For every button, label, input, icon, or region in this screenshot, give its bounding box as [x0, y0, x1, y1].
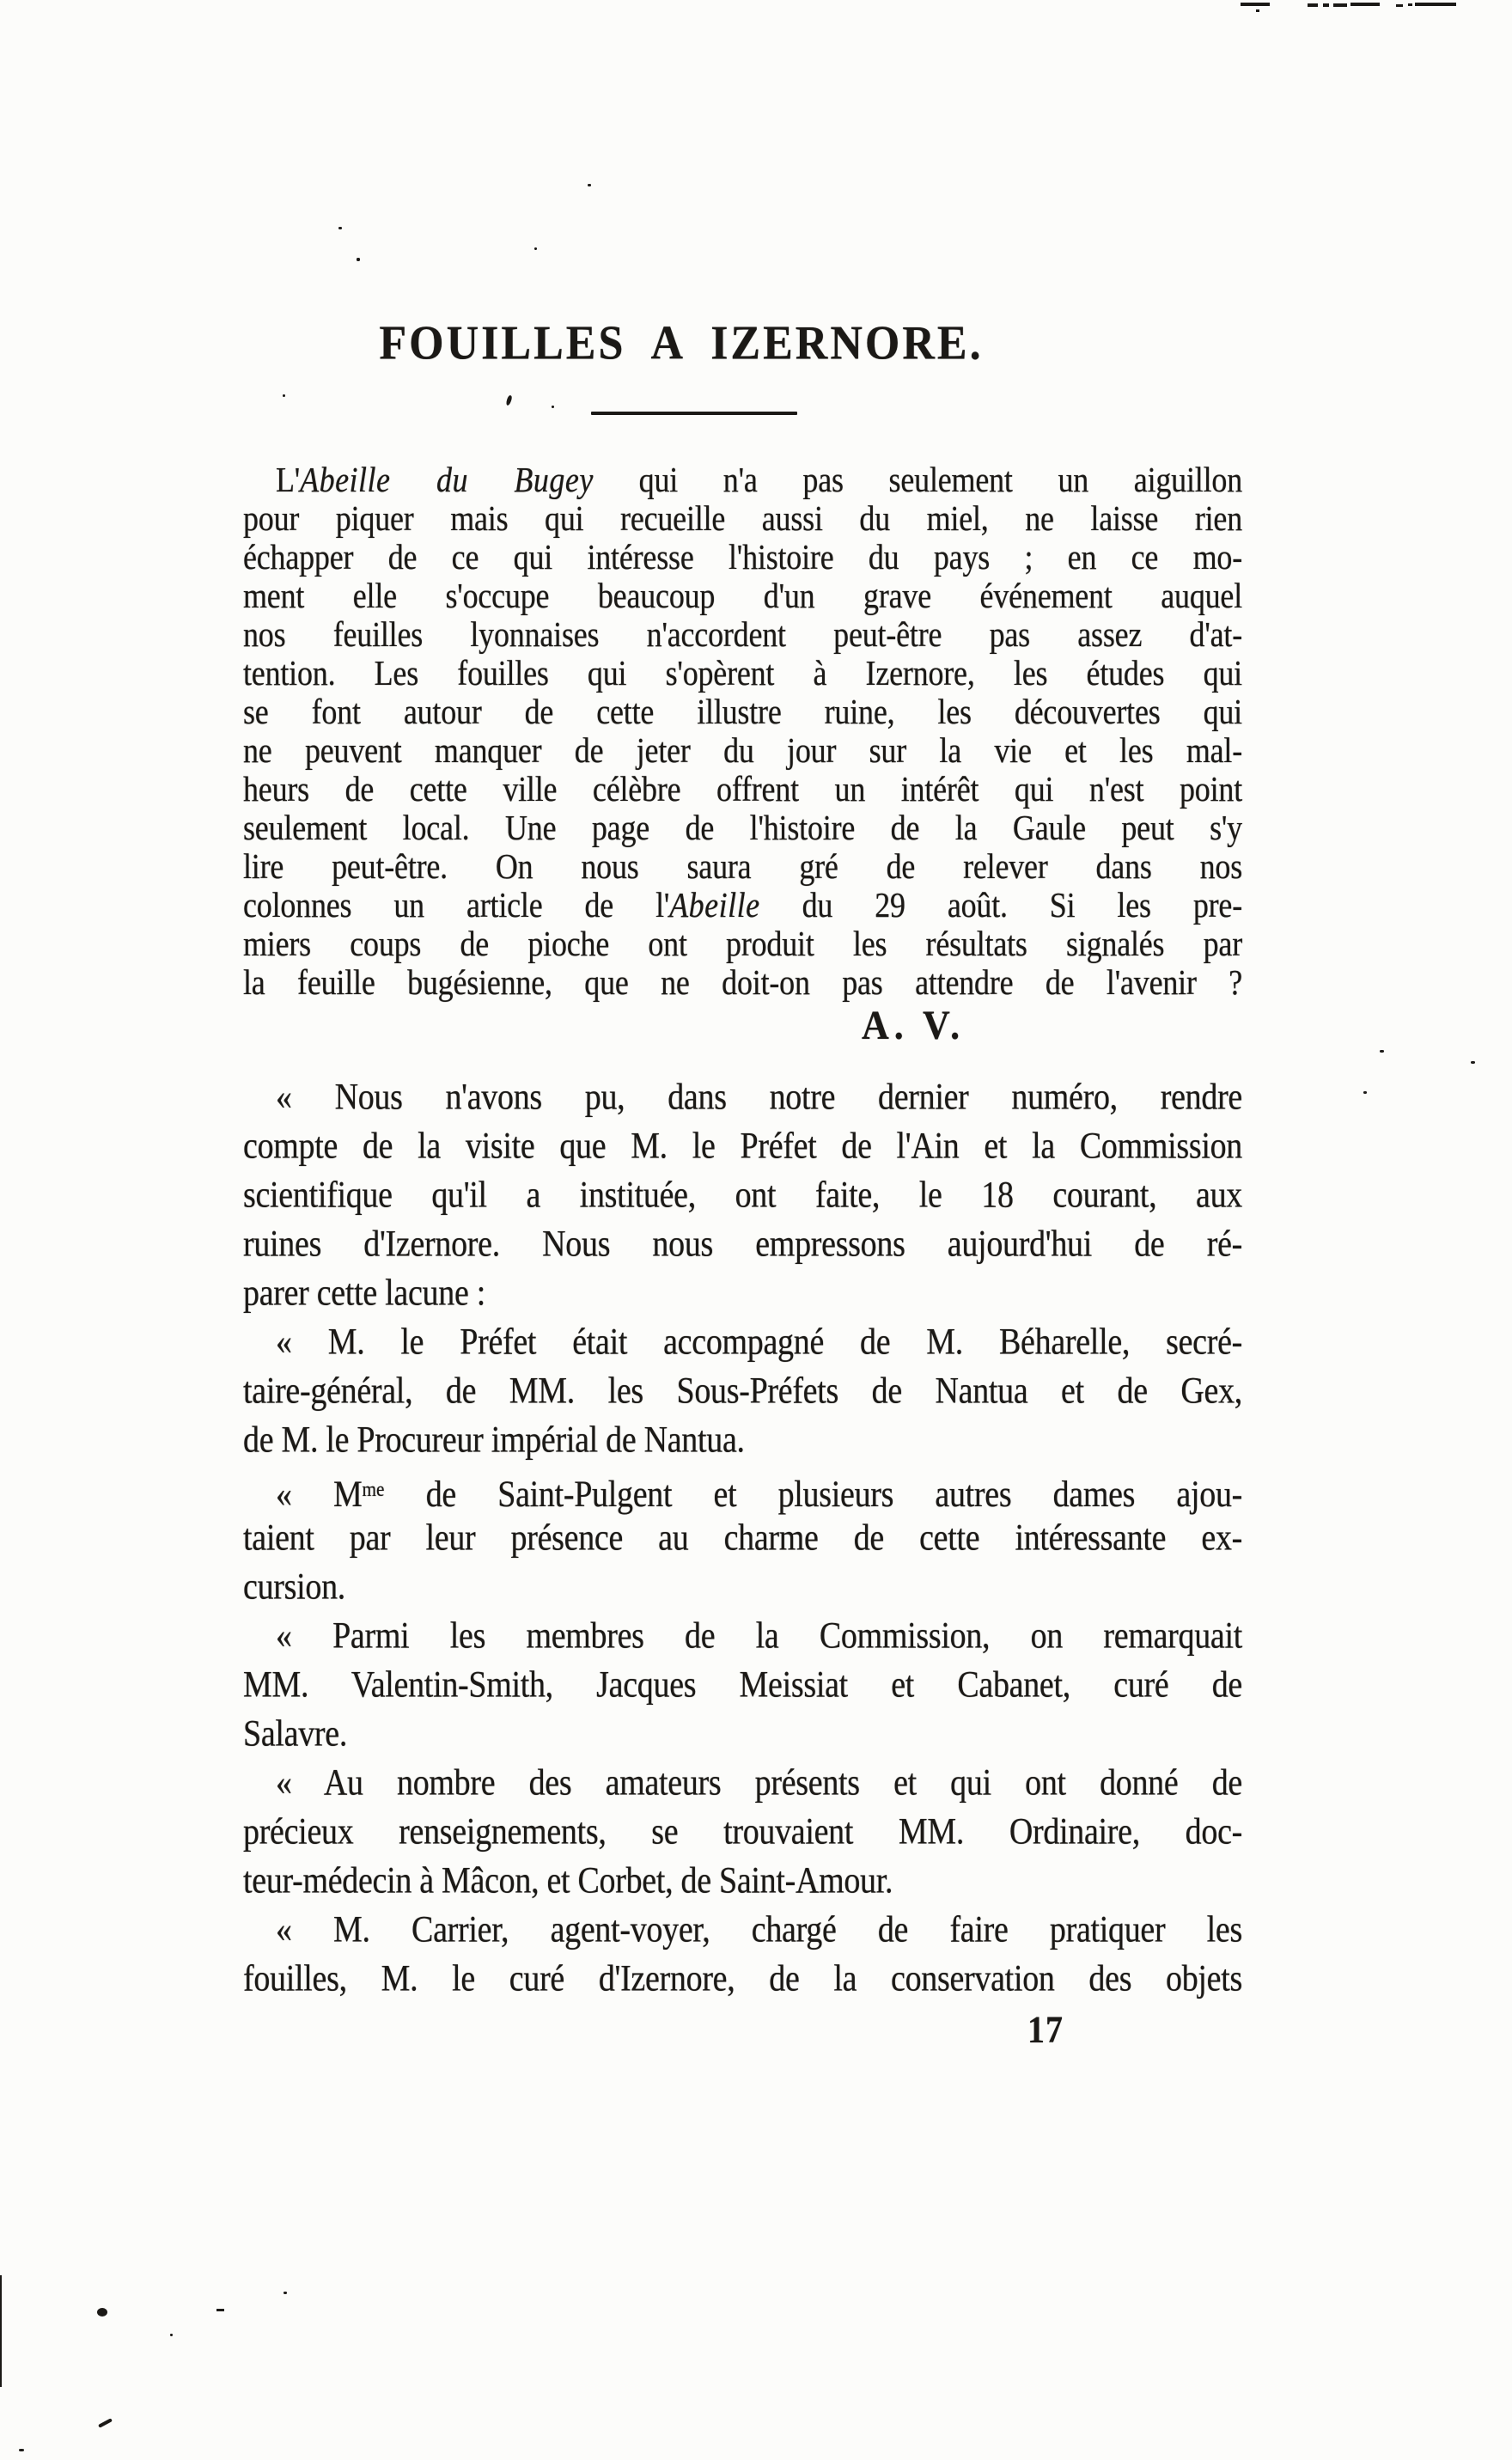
ink-speck: [1471, 1061, 1475, 1064]
page-title: FOUILLES A IZERNORE.: [0, 316, 1363, 371]
text-segment: compte de la visite que M. le Préfet de …: [243, 1126, 1242, 1167]
text-segment: « Nous n'avons pu, dans notre dernier nu…: [276, 1077, 1242, 1118]
text-line: cursion.: [243, 1560, 1242, 1615]
scan-dash-artifact: [1256, 9, 1259, 12]
text-line: miers coups de pioche ont produit les ré…: [243, 922, 1242, 966]
text-segment: heurs de cette ville célèbre offrent un …: [243, 769, 1242, 809]
ink-blot: [97, 2308, 107, 2317]
scan-dash-artifact: [1308, 3, 1318, 7]
text-segment: « Parmi les membres de la Commission, on…: [276, 1615, 1242, 1657]
signature-initials: A. V.: [862, 1002, 965, 1049]
text-segment: nos feuilles lyonnaises n'accordent peut…: [243, 614, 1242, 654]
text-line: échapper de ce qui intéresse l'histoire …: [243, 535, 1242, 579]
text-segment: ment elle s'occupe beaucoup d'un grave é…: [243, 576, 1242, 615]
scan-dash-artifact: [1396, 4, 1403, 7]
text-line: compte de la visite que M. le Préfet de …: [243, 1119, 1242, 1175]
ink-speck: [283, 394, 285, 397]
text-line: « Mme de Saint-Pulgent et plusieurs autr…: [243, 1462, 1242, 1517]
text-segment: « M. le Préfet était accompagné de M. Bé…: [276, 1322, 1242, 1363]
quoted-article: « Nous n'avons pu, dans notre dernier nu…: [243, 1070, 1242, 2000]
text-segment: fouilles, M. le curé d'Izernore, de la c…: [243, 1958, 1242, 1999]
title-rule: [591, 412, 797, 415]
superscript-text: me: [362, 1477, 384, 1500]
text-line: ne peuvent manquer de jeter du jour sur …: [243, 729, 1242, 772]
text-segment: pour piquer mais qui recueille aussi du …: [243, 498, 1242, 538]
ink-speck: [588, 184, 591, 186]
italic-text: Abeille: [669, 885, 759, 925]
text-line: nos feuilles lyonnaises n'accordent peut…: [243, 613, 1242, 656]
text-line: se font autour de cette illustre ruine, …: [243, 690, 1242, 734]
text-segment: ne peuvent manquer de jeter du jour sur …: [243, 730, 1242, 770]
scan-dash-artifact: [1323, 3, 1329, 7]
ink-speck: [1363, 1091, 1367, 1094]
scan-dash-artifact: [1241, 3, 1270, 6]
text-line: « Au nombre des amateurs présents et qui…: [243, 1755, 1242, 1811]
text-line: fouilles, M. le curé d'Izernore, de la c…: [243, 1951, 1242, 2007]
text-segment: cursion.: [243, 1566, 345, 1608]
ink-speck: [170, 2334, 173, 2336]
ink-speck: [534, 247, 537, 250]
text-segment: colonnes un article de l': [243, 885, 669, 925]
scan-dash-artifact: [1333, 3, 1347, 7]
ink-speck: [357, 258, 360, 261]
text-segment: « M. Carrier, agent-voyer, chargé de fai…: [276, 1909, 1242, 1950]
text-line: scientifique qu'il a instituée, ont fait…: [243, 1168, 1242, 1224]
text-line: ment elle s'occupe beaucoup d'un grave é…: [243, 574, 1242, 618]
ink-speck: [283, 2292, 287, 2294]
text-line: seulement local. Une page de l'histoire …: [243, 806, 1242, 850]
text-segment: Salavre.: [243, 1713, 347, 1755]
text-line: ruines d'Izernore. Nous nous empressons …: [243, 1217, 1242, 1273]
text-line: « Nous n'avons pu, dans notre dernier nu…: [243, 1070, 1242, 1126]
scanned-book-page: FOUILLES A IZERNORE. L'Abeille du Bugey …: [0, 0, 1512, 2460]
ink-speck: [1380, 1050, 1384, 1053]
text-line: de M. le Procureur impérial de Nantua.: [243, 1413, 1242, 1468]
text-segment: échapper de ce qui intéresse l'histoire …: [243, 537, 1242, 577]
text-line: teur-médecin à Mâcon, et Corbet, de Sain…: [243, 1853, 1242, 1909]
italic-text: Abeille du Bugey: [300, 460, 594, 499]
text-segment: « M: [276, 1474, 362, 1515]
scan-dash-artifact: [1408, 3, 1412, 6]
text-segment: tention. Les fouilles qui s'opèrent à Iz…: [243, 653, 1242, 693]
ink-speck: [216, 2309, 224, 2311]
text-line: Salavre.: [243, 1706, 1242, 1762]
text-line: « Parmi les membres de la Commission, on…: [243, 1608, 1242, 1664]
text-segment: de M. le Procureur impérial de Nantua.: [243, 1419, 745, 1461]
page-edge-line: [0, 2275, 2, 2387]
text-segment: L': [276, 460, 300, 499]
text-segment: de Saint-Pulgent et plusieurs autres dam…: [384, 1474, 1242, 1515]
ink-speck: [19, 2449, 24, 2451]
text-line: précieux renseignements, se trouvaient M…: [243, 1804, 1242, 1860]
text-line: « M. Carrier, agent-voyer, chargé de fai…: [243, 1902, 1242, 1958]
text-segment: précieux renseignements, se trouvaient M…: [243, 1811, 1242, 1853]
text-line: tention. Les fouilles qui s'opèrent à Iz…: [243, 651, 1242, 695]
text-segment: « Au nombre des amateurs présents et qui…: [276, 1762, 1242, 1804]
scan-dash-artifact: [1350, 3, 1380, 6]
page-number: 17: [1027, 2007, 1064, 2052]
text-segment: qui n'a pas seulement un aiguillon: [594, 460, 1242, 499]
ink-speck: [552, 406, 554, 408]
text-segment: scientifique qu'il a instituée, ont fait…: [243, 1175, 1242, 1216]
editorial-intro: L'Abeille du Bugey qui n'a pas seulement…: [243, 458, 1242, 999]
text-segment: teur-médecin à Mâcon, et Corbet, de Sain…: [243, 1860, 893, 1901]
ink-speck: [338, 227, 342, 229]
text-line: « M. le Préfet était accompagné de M. Bé…: [243, 1315, 1242, 1370]
text-line: MM. Valentin-Smith, Jacques Meissiat et …: [243, 1657, 1242, 1713]
text-segment: lire peut-être. On nous saura gré de rel…: [243, 846, 1242, 886]
text-segment: se font autour de cette illustre ruine, …: [243, 692, 1242, 731]
text-segment: miers coups de pioche ont produit les ré…: [243, 924, 1242, 963]
scan-dash-artifact: [1415, 3, 1456, 6]
text-line: parer cette lacune :: [243, 1266, 1242, 1322]
text-segment: la feuille bugésienne, que ne doit-on pa…: [243, 962, 1242, 1002]
text-line: taire-général, de MM. les Sous-Préfets d…: [243, 1364, 1242, 1419]
text-segment: ruines d'Izernore. Nous nous empressons …: [243, 1224, 1242, 1265]
text-line: pour piquer mais qui recueille aussi du …: [243, 497, 1242, 540]
ink-speck: [505, 395, 512, 406]
ink-slash-mark: [98, 2418, 113, 2428]
text-line: lire peut-être. On nous saura gré de rel…: [243, 845, 1242, 888]
text-line: heurs de cette ville célèbre offrent un …: [243, 767, 1242, 811]
text-line: L'Abeille du Bugey qui n'a pas seulement…: [243, 458, 1242, 502]
text-segment: parer cette lacune :: [243, 1273, 485, 1314]
text-line: taient par leur présence au charme de ce…: [243, 1511, 1242, 1566]
text-segment: du 29 août. Si les pre-: [760, 885, 1242, 925]
text-segment: taient par leur présence au charme de ce…: [243, 1517, 1242, 1559]
text-segment: MM. Valentin-Smith, Jacques Meissiat et …: [243, 1664, 1242, 1706]
text-segment: taire-général, de MM. les Sous-Préfets d…: [243, 1370, 1242, 1412]
text-line: colonnes un article de l'Abeille du 29 a…: [243, 883, 1242, 927]
text-line: la feuille bugésienne, que ne doit-on pa…: [243, 961, 1242, 1004]
text-segment: seulement local. Une page de l'histoire …: [243, 808, 1242, 847]
